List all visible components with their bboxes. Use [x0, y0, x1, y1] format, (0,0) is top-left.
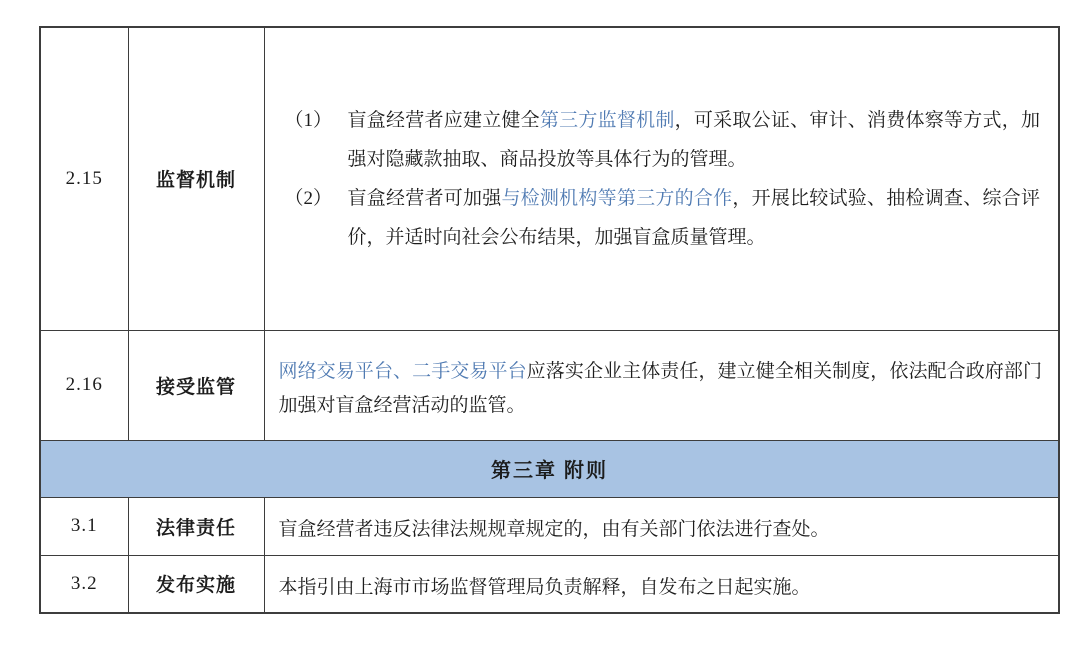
clause-id: 3.2: [40, 555, 128, 613]
clause-content: 本指引由上海市市场监督管理局负责解释，自发布之日起实施。: [264, 555, 1059, 613]
list-item: （1）盲盒经营者应建立健全第三方监督机制，可采取公证、审计、消费体察等方式，加强…: [265, 101, 1041, 179]
clause-content: 盲盒经营者违反法律法规规章规定的，由有关部门依法进行查处。: [264, 497, 1059, 555]
highlight-text: 第三方监督机制: [540, 110, 675, 131]
chapter-header-row: 第三章 附则: [40, 440, 1059, 497]
text-segment: 盲盒经营者可加强: [348, 188, 502, 209]
clause-id: 3.1: [40, 497, 128, 555]
document-page: 2.15 监督机制 （1）盲盒经营者应建立健全第三方监督机制，可采取公证、审计、…: [0, 0, 1080, 667]
list-item: （2）盲盒经营者可加强与检测机构等第三方的合作，开展比较试验、抽检调查、综合评价…: [265, 179, 1041, 257]
chapter-title: 第三章 附则: [40, 440, 1059, 497]
table-row-2-15: 2.15 监督机制 （1）盲盒经营者应建立健全第三方监督机制，可采取公证、审计、…: [40, 27, 1059, 330]
highlight-text: 与检测机构等第三方的合作: [501, 188, 732, 209]
clause-content: 网络交易平台、二手交易平台应落实企业主体责任，建立健全相关制度，依法配合政府部门…: [264, 330, 1059, 440]
list-marker: （2）: [285, 179, 333, 218]
text-segment: 盲盒经营者应建立健全: [348, 110, 540, 131]
clause-title: 法律责任: [128, 497, 264, 555]
clause-id: 2.16: [40, 330, 128, 440]
table-row-3-2: 3.2 发布实施 本指引由上海市市场监督管理局负责解释，自发布之日起实施。: [40, 555, 1059, 613]
clause-id: 2.15: [40, 27, 128, 330]
table-row-2-16: 2.16 接受监管 网络交易平台、二手交易平台应落实企业主体责任，建立健全相关制…: [40, 330, 1059, 440]
clause-content: （1）盲盒经营者应建立健全第三方监督机制，可采取公证、审计、消费体察等方式，加强…: [264, 27, 1059, 330]
list-marker: （1）: [285, 101, 333, 140]
regulation-table: 2.15 监督机制 （1）盲盒经营者应建立健全第三方监督机制，可采取公证、审计、…: [39, 26, 1060, 614]
clause-title: 接受监管: [128, 330, 264, 440]
clause-title: 发布实施: [128, 555, 264, 613]
highlight-text: 网络交易平台、二手交易平台: [279, 361, 527, 382]
table-row-3-1: 3.1 法律责任 盲盒经营者违反法律法规规章规定的，由有关部门依法进行查处。: [40, 497, 1059, 555]
clause-title: 监督机制: [128, 27, 264, 330]
